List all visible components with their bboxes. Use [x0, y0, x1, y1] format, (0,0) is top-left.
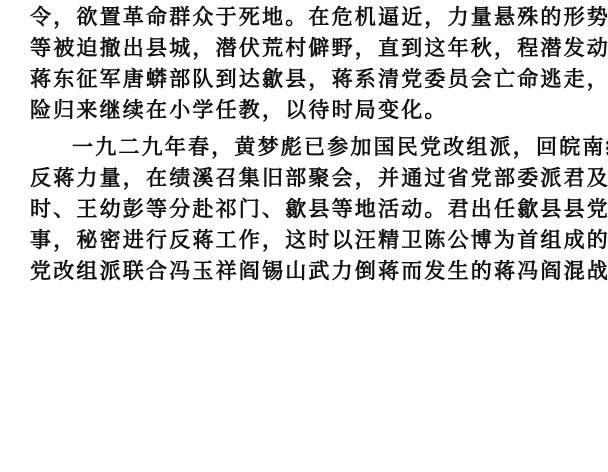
text-line-7: 时、王幼彭等分赴祁门、歙县等地活动。君出任歙县县党部干	[30, 197, 608, 221]
text-line-2: 等被迫撤出县城，潜伏荒村僻野，直到这年秋，程潜发动的讨	[30, 36, 608, 60]
text-line-9: 党改组派联合冯玉祥阎锡山武力倒蒋而发生的蒋冯阎混战结	[30, 259, 608, 283]
text-line-4: 险归来继续在小学任教，以待时局变化。	[30, 98, 448, 122]
text-line-8: 事，秘密进行反蒋工作，这时以汪精卫陈公博为首组成的国民	[30, 228, 608, 252]
text-line-6: 反蒋力量，在绩溪召集旧部聚会，并通过省党部委派君及洪轍	[30, 166, 608, 190]
document-page: 令，欲置革命群众于死地。在危机逼近，力量悬殊的形势下，君 等被迫撤出县城，潜伏荒…	[0, 0, 608, 472]
text-line-5-paragraph-start: 一九二九年春，黄梦彪已参加国民党改组派，回皖南组织	[72, 135, 608, 159]
text-line-1: 令，欲置革命群众于死地。在危机逼近，力量悬殊的形势下，君	[30, 5, 608, 29]
text-line-3: 蒋东征军唐蟒部队到达歙县，蒋系清党委员会亡命逃走，方脱	[30, 67, 608, 91]
